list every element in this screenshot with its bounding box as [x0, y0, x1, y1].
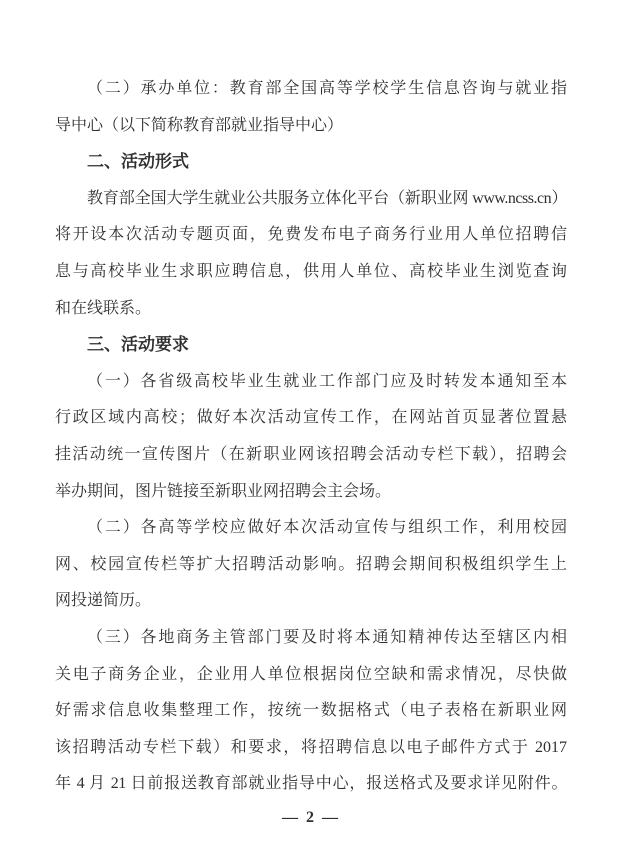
text-line: （一）各省级高校毕业生就业工作部门应及时转发本通知至本 — [55, 364, 567, 401]
text-line: 挂活动统一宣传图片（在新职业网该招聘会活动专栏下载），招聘会 — [55, 437, 567, 474]
text-line: 举办期间，图片链接至新职业网招聘会主会场。 — [55, 474, 567, 511]
text-line: 和在线联系。 — [55, 291, 567, 328]
text-line: 年 4 月 21 日前报送教育部就业指导中心，报送格式及要求详见附件。 — [55, 766, 567, 803]
text-line: 该招聘活动专栏下载）和要求，将招聘信息以电子邮件方式于 2017 — [55, 730, 567, 767]
text-line: 网、校园宣传栏等扩大招聘活动影响。招聘会期间积极组织学生上 — [55, 547, 567, 584]
text-line: 好需求信息收集整理工作，按统一数据格式（电子表格在新职业网 — [55, 693, 567, 730]
text-line: （二）承办单位：教育部全国高等学校学生信息咨询与就业指 — [55, 71, 567, 108]
text-line: 网投递简历。 — [55, 583, 567, 620]
text-line: （三）各地商务主管部门要及时将本通知精神传达至辖区内相 — [55, 620, 567, 657]
document-page: （二）承办单位：教育部全国高等学校学生信息咨询与就业指导中心（以下简称教育部就业… — [0, 0, 622, 856]
text-line: 导中心（以下简称教育部就业指导中心） — [55, 108, 567, 145]
text-line: 息与高校毕业生求职应聘信息，供用人单位、高校毕业生浏览查询 — [55, 254, 567, 291]
page-number: — 2 — — [0, 809, 622, 827]
text-line: 行政区域内高校；做好本次活动宣传工作，在网站首页显著位置悬 — [55, 400, 567, 437]
section-heading: 二、活动形式 — [55, 144, 567, 181]
text-line: 关电子商务企业，企业用人单位根据岗位空缺和需求情况，尽快做 — [55, 657, 567, 694]
document-body: （二）承办单位：教育部全国高等学校学生信息咨询与就业指导中心（以下简称教育部就业… — [55, 71, 567, 803]
text-line: 教育部全国大学生就业公共服务立体化平台（新职业网 www.ncss.cn） — [55, 181, 567, 218]
section-heading: 三、活动要求 — [55, 327, 567, 364]
text-line: 将开设本次活动专题页面，免费发布电子商务行业用人单位招聘信 — [55, 217, 567, 254]
text-line: （二）各高等学校应做好本次活动宣传与组织工作，利用校园 — [55, 510, 567, 547]
